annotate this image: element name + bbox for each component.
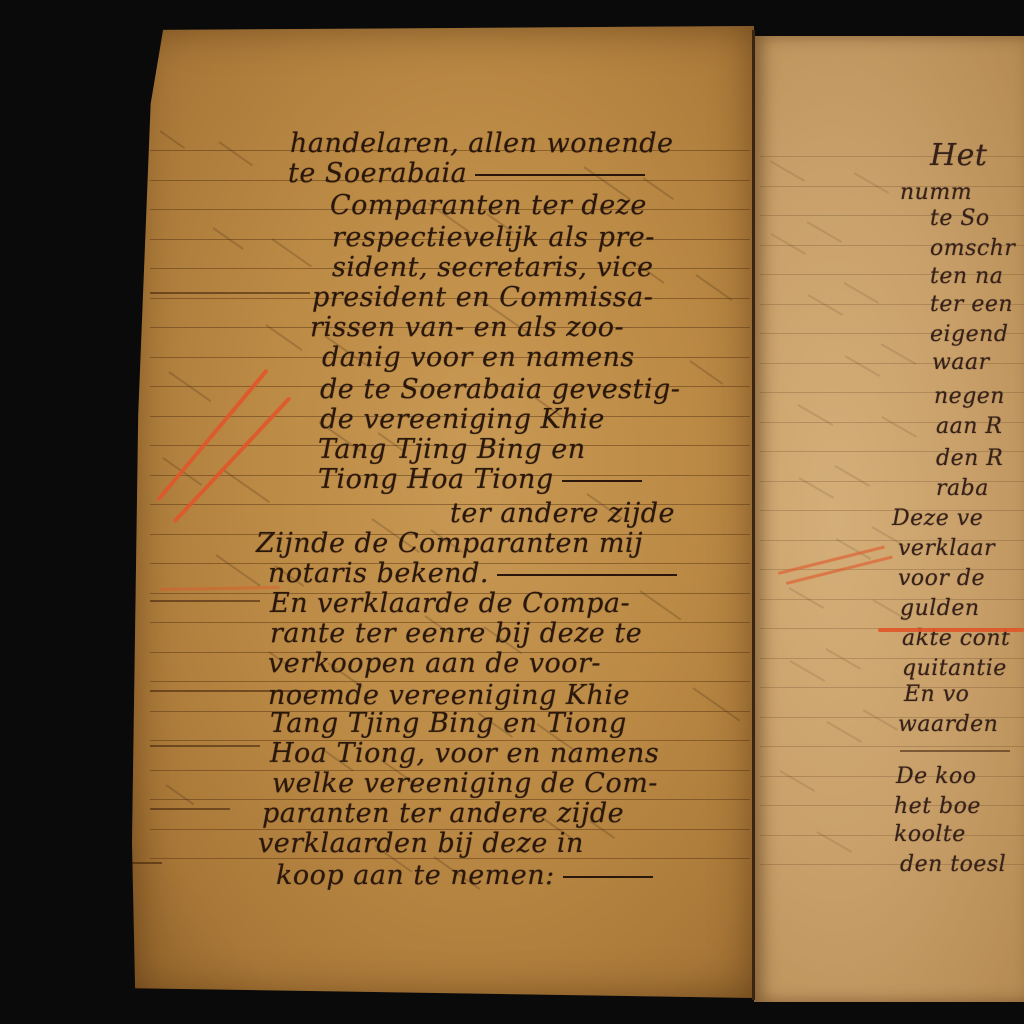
text-line: negen [934, 384, 1005, 409]
text-line: welke vereeniging de Com- [272, 768, 658, 799]
text-line: waarden [898, 712, 998, 737]
text-line: den R [936, 446, 1003, 471]
text-line: voor de [898, 566, 985, 591]
text-line: aan R [936, 414, 1002, 439]
text-line: verklaar [898, 536, 995, 561]
text-line: ter andere zijde [450, 498, 675, 529]
margin-dash [150, 600, 260, 602]
text-line: rante ter eenre bij deze te [270, 618, 642, 649]
text-line: verklaarden bij deze in [258, 828, 584, 859]
text-line: koop aan te nemen: [276, 860, 653, 891]
text-line: gulden [900, 596, 980, 621]
text-line: verkoopen aan de voor- [268, 648, 601, 679]
text-line: Hoa Tiong, voor en namens [270, 738, 659, 769]
text-line: noemde vereeniging Khie [268, 680, 630, 711]
text-line: respectievelijk als pre- [332, 222, 655, 253]
text-line: danig voor en namens [322, 342, 635, 373]
margin-dash [132, 862, 162, 864]
text-line: Deze ve [892, 506, 983, 531]
text-line: president en Commissa- [312, 282, 653, 313]
text-line: quitantie [902, 656, 1007, 681]
text-line: Het [930, 138, 987, 173]
text-line: ten na [930, 264, 1003, 289]
margin-dash [150, 292, 310, 294]
margin-dash [150, 808, 230, 810]
text-line: Zijnde de Comparanten mij [256, 528, 643, 559]
text-line: ter een [930, 292, 1013, 317]
text-line: koolte [894, 822, 966, 847]
text-line: raba [936, 476, 989, 501]
text-line: notaris bekend. [268, 558, 677, 589]
text-line: Tiong Hoa Tiong [318, 464, 642, 495]
text-line: Tang Tjing Bing en [318, 434, 586, 465]
text-line: omschr [930, 236, 1015, 261]
right-page-text: Het numm te So omschr ten na ter een eig… [754, 0, 1024, 1024]
text-line: de vereeniging Khie [320, 404, 605, 435]
text-line: eigend [930, 322, 1008, 347]
text-line: handelaren, allen wonende [290, 128, 674, 159]
text-line: rissen van- en als zoo- [310, 312, 624, 343]
text-line: waar [932, 350, 990, 375]
text-line: En verklaarde de Compa- [270, 588, 630, 619]
text-line: sident, secretaris, vice [332, 252, 654, 283]
text-line: paranten ter andere zijde [262, 798, 624, 829]
margin-dash [150, 745, 260, 747]
red-pencil-mark [878, 628, 1024, 632]
dash-line [900, 750, 1010, 752]
text-line: het boe [894, 794, 981, 819]
text-line: te So [930, 206, 990, 231]
text-line: te Soerabaia [288, 158, 645, 189]
text-line: den toesl [900, 852, 1006, 877]
text-line: numm [900, 180, 972, 205]
text-line: Comparanten ter deze [330, 190, 647, 221]
text-line: de te Soerabaia gevestig- [320, 374, 680, 405]
text-line: En vo [904, 682, 969, 707]
text-line: Tang Tjing Bing en Tiong [270, 708, 627, 739]
text-line: De koo [896, 764, 976, 789]
